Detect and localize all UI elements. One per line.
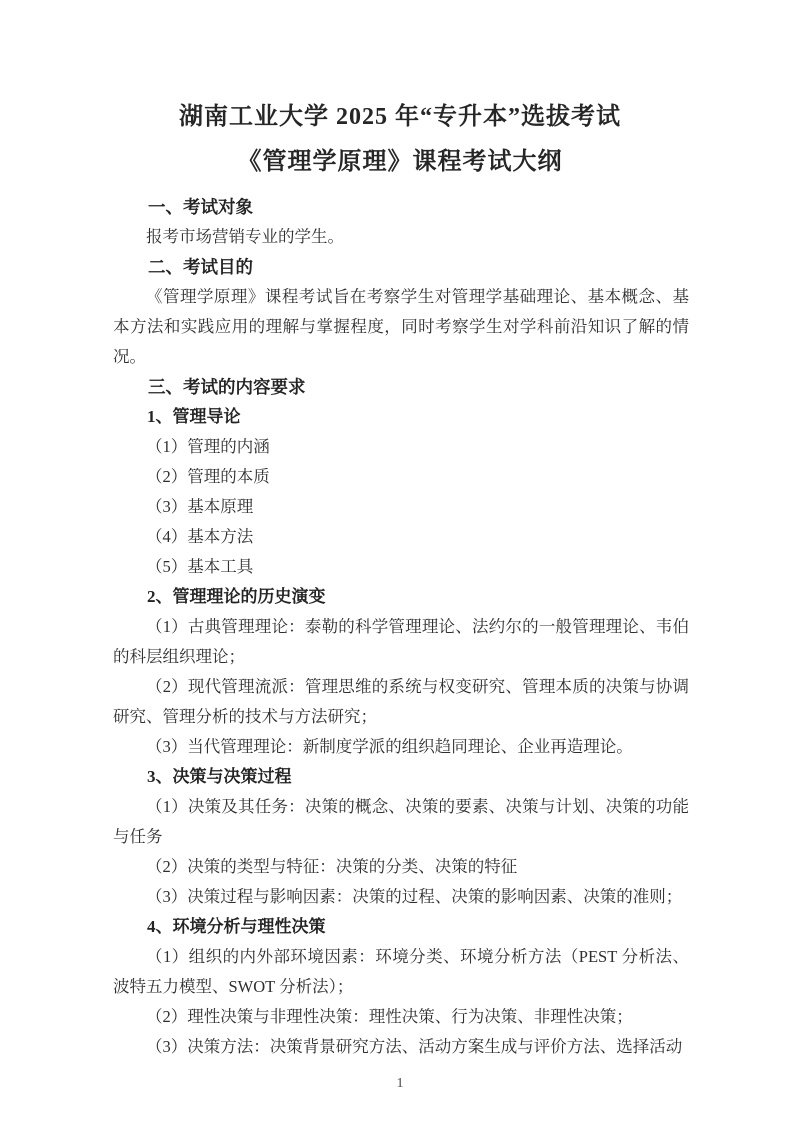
list-item: （1）决策及其任务：决策的概念、决策的要素、决策与计划、决策的功能与任务 — [113, 792, 689, 852]
list-item: （3）决策方法：决策背景研究方法、活动方案生成与评价方法、选择活动 — [113, 1032, 689, 1062]
list-item: （2）理性决策与非理性决策：理性决策、行为决策、非理性决策； — [113, 1002, 689, 1032]
list-item: （2）决策的类型与特征：决策的分类、决策的特征 — [113, 852, 689, 882]
document-title-line2: 《管理学原理》课程考试大纲 — [0, 140, 800, 185]
chapter-heading-2: 2、管理理论的历史演变 — [113, 582, 689, 612]
list-item: （1）组织的内外部环境因素：环境分类、环境分析方法（PEST 分析法、波特五力模… — [113, 942, 689, 1002]
document-page: 湖南工业大学 2025 年“专升本”选拔考试 《管理学原理》课程考试大纲 一、考… — [0, 0, 800, 1131]
list-item: （2）现代管理流派：管理思维的系统与权变研究、管理本质的决策与协调研究、管理分析… — [113, 672, 689, 732]
chapter-heading-4: 4、环境分析与理性决策 — [113, 912, 689, 942]
document-body: 一、考试对象 报考市场营销专业的学生。 二、考试目的 《管理学原理》课程考试旨在… — [113, 192, 689, 1062]
chapter-heading-3: 3、决策与决策过程 — [113, 762, 689, 792]
list-item: （5）基本工具 — [113, 552, 689, 582]
list-item: （3）当代管理理论：新制度学派的组织趋同理论、企业再造理论。 — [113, 732, 689, 762]
section-heading-exam-target: 一、考试对象 — [113, 192, 689, 222]
list-item: （1）管理的内涵 — [113, 432, 689, 462]
list-item: （1）古典管理理论：泰勒的科学管理理论、法约尔的一般管理理论、韦伯的科层组织理论… — [113, 612, 689, 672]
list-item: （4）基本方法 — [113, 522, 689, 552]
section-heading-exam-content: 三、考试的内容要求 — [113, 372, 689, 402]
paragraph: 《管理学原理》课程考试旨在考察学生对管理学基础理论、基本概念、基本方法和实践应用… — [113, 282, 689, 372]
document-title: 湖南工业大学 2025 年“专升本”选拔考试 《管理学原理》课程考试大纲 — [0, 0, 800, 185]
list-item: （3）基本原理 — [113, 492, 689, 522]
paragraph: 报考市场营销专业的学生。 — [113, 222, 689, 252]
page-footer: 1 — [0, 1074, 800, 1092]
list-item: （3）决策过程与影响因素：决策的过程、决策的影响因素、决策的准则； — [113, 882, 689, 912]
document-title-line1: 湖南工业大学 2025 年“专升本”选拔考试 — [0, 95, 800, 140]
list-item: （2）管理的本质 — [113, 462, 689, 492]
page-number: 1 — [397, 1076, 404, 1092]
chapter-heading-1: 1、管理导论 — [113, 402, 689, 432]
section-heading-exam-purpose: 二、考试目的 — [113, 252, 689, 282]
